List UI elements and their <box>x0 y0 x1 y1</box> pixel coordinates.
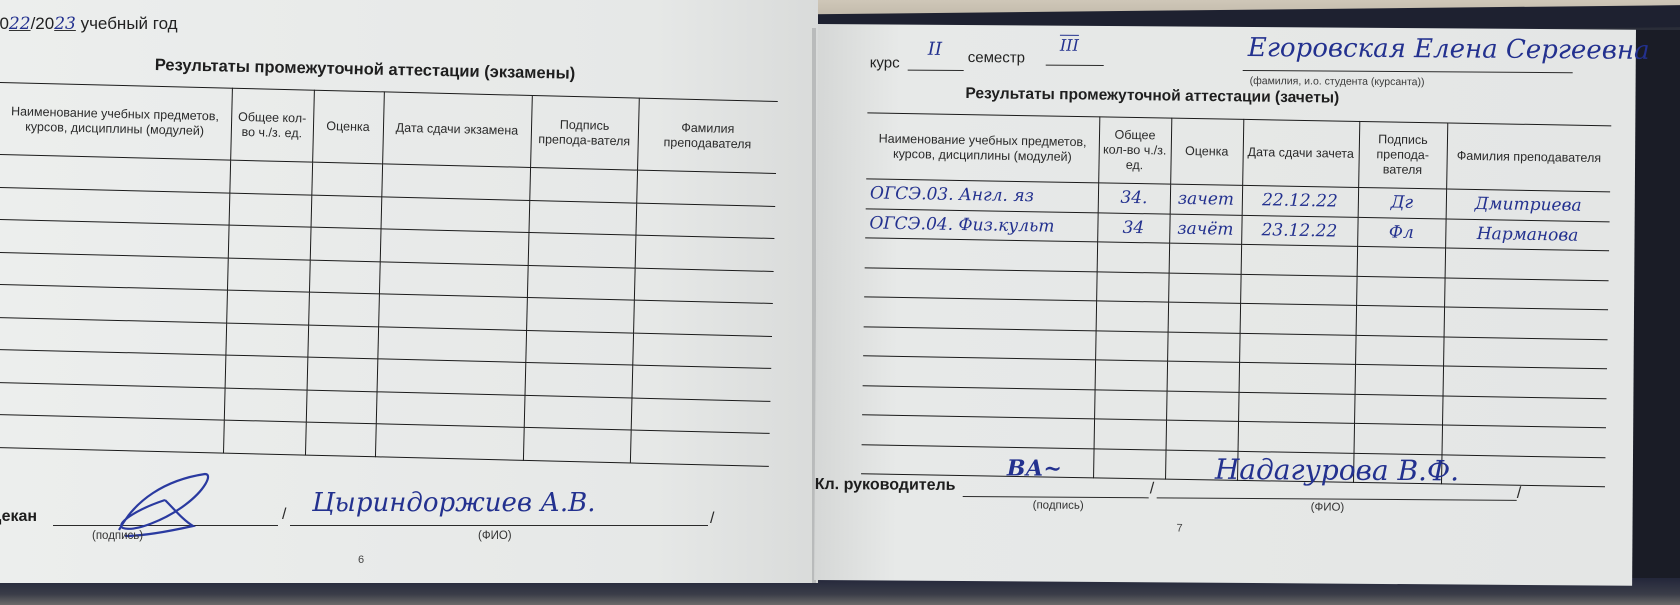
credits-cell[interactable] <box>1167 332 1240 363</box>
credits-cell[interactable] <box>1093 448 1166 479</box>
exams-cell[interactable] <box>224 388 307 422</box>
semester-label: семестр <box>968 49 1025 66</box>
credits-cell[interactable] <box>1239 333 1355 365</box>
credits-cell[interactable]: Дмитриева <box>1446 189 1610 221</box>
exams-cell[interactable] <box>225 355 308 389</box>
credits-cell[interactable] <box>1355 335 1444 366</box>
exams-cell[interactable] <box>306 390 377 424</box>
credits-cell[interactable] <box>1094 419 1167 450</box>
dean-name-handwritten: Цыриндоржиев А.В. <box>312 488 596 518</box>
exams-cell[interactable] <box>630 430 770 466</box>
exams-cell[interactable] <box>307 357 378 391</box>
exams-cell[interactable] <box>527 265 635 300</box>
year-prefix: 20 <box>0 14 9 33</box>
credits-cell[interactable]: 22.12.22 <box>1242 185 1358 217</box>
exams-cell[interactable] <box>226 290 309 324</box>
exams-cell[interactable] <box>0 414 224 452</box>
class-teacher-label: Кл. руководитель <box>815 476 956 495</box>
class-teacher-signature-caption: (подпись) <box>1033 500 1084 512</box>
left-page: 2022/2023 учебный год Результаты промежу… <box>0 0 818 583</box>
credits-cell[interactable] <box>1168 302 1241 333</box>
exams-cell[interactable] <box>0 349 225 387</box>
year-separator: /20 <box>31 14 55 33</box>
exams-cell[interactable] <box>525 330 633 365</box>
exams-cell[interactable] <box>229 160 312 194</box>
credits-cell[interactable] <box>1443 366 1607 398</box>
year-start-handwritten: 22 <box>9 14 31 34</box>
credits-cell[interactable] <box>1095 330 1168 361</box>
exams-cell[interactable] <box>528 200 636 235</box>
exams-cell[interactable] <box>529 167 637 202</box>
credits-cell[interactable] <box>1167 361 1240 392</box>
credits-header-cell: Оценка <box>1170 118 1243 185</box>
credits-header-cell: Общее кол-во ч./з. ед. <box>1098 117 1171 184</box>
exams-cell[interactable] <box>0 382 225 420</box>
credits-cell[interactable] <box>1444 307 1608 339</box>
course-label: курс <box>870 54 900 71</box>
slash-left-right-page: / <box>1150 480 1155 498</box>
exams-cell[interactable] <box>378 294 527 330</box>
credits-cell[interactable] <box>1166 391 1239 422</box>
exams-cell[interactable] <box>305 422 376 456</box>
credits-cell[interactable]: 34. <box>1098 183 1171 214</box>
exams-cell[interactable] <box>634 268 774 304</box>
credits-cell[interactable] <box>1240 274 1356 306</box>
credits-cell[interactable] <box>864 267 1096 301</box>
credits-cell[interactable] <box>1357 246 1446 277</box>
exams-cell[interactable] <box>528 232 636 267</box>
credits-cell[interactable] <box>1238 392 1354 424</box>
exams-cell[interactable] <box>0 252 228 290</box>
credits-cell[interactable] <box>1169 243 1242 274</box>
page-number-right: 7 <box>1176 523 1182 535</box>
exams-cell[interactable] <box>381 196 530 232</box>
exams-title: Результаты промежуточной аттестации (экз… <box>155 56 576 84</box>
class-teacher-signature-scribble: ВА~ <box>1007 455 1062 481</box>
exams-cell[interactable] <box>524 395 632 430</box>
class-teacher-name-handwritten: Надагурова В.Ф. <box>1215 453 1459 488</box>
dean-name-caption: (ФИО) <box>478 530 512 542</box>
exams-cell[interactable] <box>633 300 773 336</box>
credits-cell[interactable] <box>1241 244 1357 276</box>
year-suffix: учебный год <box>81 14 178 33</box>
exams-cell[interactable] <box>631 365 771 401</box>
exams-cell[interactable] <box>309 260 380 294</box>
credits-cell[interactable] <box>1355 364 1444 395</box>
credits-cell[interactable] <box>1443 336 1607 368</box>
credits-cell[interactable]: 34 <box>1097 212 1170 243</box>
exams-cell[interactable] <box>379 261 528 297</box>
credits-cell[interactable] <box>1096 301 1169 332</box>
credits-cell[interactable] <box>1442 425 1606 457</box>
exams-cell[interactable] <box>227 258 310 292</box>
credits-cell[interactable] <box>1097 242 1170 273</box>
exams-cell[interactable] <box>223 420 306 454</box>
credits-cell[interactable] <box>1095 360 1168 391</box>
exams-cell[interactable] <box>377 359 526 395</box>
semester-value-handwritten: III <box>1060 36 1079 55</box>
credits-cell[interactable] <box>1444 277 1608 309</box>
exams-cell[interactable] <box>310 227 381 261</box>
credits-cell[interactable]: зачет <box>1170 184 1243 215</box>
credits-cell[interactable]: 23.12.22 <box>1241 215 1357 247</box>
exams-cell[interactable] <box>526 297 634 332</box>
credits-cell[interactable] <box>863 356 1095 390</box>
credits-header-cell: Подпись препода-вателя <box>1358 121 1447 189</box>
credits-cell[interactable] <box>1094 389 1167 420</box>
credits-cell[interactable] <box>1239 362 1355 394</box>
page-number-left: 6 <box>358 554 364 566</box>
exams-cell[interactable] <box>376 391 525 427</box>
class-teacher-name-caption: (ФИО) <box>1311 501 1345 513</box>
exams-cell[interactable] <box>381 164 530 200</box>
exams-header-cell: Подпись препода-вателя <box>530 95 639 170</box>
academic-year-line: 2022/2023 учебный год <box>0 14 178 34</box>
student-caption: (фамилия, и.о. студента (курсанта)) <box>1250 75 1425 88</box>
credits-cell[interactable] <box>862 385 1094 419</box>
exams-header-cell: Общее кол-во ч./з. ед. <box>230 88 314 162</box>
exams-cell[interactable] <box>377 326 526 362</box>
exams-header-cell: Наименование учебных предметов, курсов, … <box>0 82 232 160</box>
exams-cell[interactable] <box>631 398 771 434</box>
credits-cell[interactable] <box>1166 420 1239 451</box>
credits-cell[interactable] <box>1240 303 1356 335</box>
exams-cell[interactable] <box>307 325 378 359</box>
credits-cell[interactable]: Фл <box>1357 217 1446 248</box>
book-cover-right <box>1632 30 1680 605</box>
credits-cell[interactable] <box>1442 395 1606 427</box>
exams-cell[interactable] <box>380 229 529 265</box>
exams-cell[interactable] <box>311 162 382 196</box>
exams-cell[interactable] <box>225 323 308 357</box>
credits-table: Наименование учебных предметов, курсов, … <box>861 112 1611 487</box>
exams-cell[interactable] <box>311 195 382 229</box>
exams-header-cell: Дата сдачи экзамена <box>382 92 532 168</box>
exams-cell[interactable] <box>308 292 379 326</box>
credits-cell[interactable] <box>1356 305 1445 336</box>
exams-cell[interactable] <box>523 427 631 462</box>
credits-cell[interactable] <box>1354 423 1443 454</box>
slash-right-right-page: / <box>1517 485 1522 503</box>
exams-cell[interactable] <box>635 203 775 239</box>
exams-cell[interactable] <box>636 170 776 206</box>
credits-header-cell: Наименование учебных предметов, курсов, … <box>866 113 1099 183</box>
credits-cell[interactable] <box>864 297 1096 331</box>
credits-cell[interactable] <box>1356 276 1445 307</box>
exams-cell[interactable] <box>525 362 633 397</box>
course-value-handwritten: II <box>928 39 942 60</box>
credits-cell[interactable] <box>865 238 1097 272</box>
credits-cell[interactable]: Дг <box>1358 187 1447 218</box>
credits-cell[interactable] <box>1238 421 1354 453</box>
dean-signature-caption: (подпись) <box>92 530 143 542</box>
credits-cell[interactable] <box>1445 248 1609 280</box>
exams-cell[interactable] <box>0 317 226 355</box>
exams-cell[interactable] <box>635 235 775 271</box>
exams-cell[interactable] <box>229 193 312 227</box>
credits-cell[interactable] <box>863 326 1095 360</box>
exams-cell[interactable] <box>228 225 311 259</box>
credits-title: Результаты промежуточной аттестации (зач… <box>965 85 1339 108</box>
right-page: курс II семестр III Егоровская Елена Сер… <box>814 24 1636 586</box>
credits-cell[interactable]: ОГСЭ.04. Физ.культ <box>865 208 1097 242</box>
student-name-line <box>1243 57 1573 73</box>
credits-cell[interactable]: ОГСЭ.03. Англ. яз <box>866 179 1098 213</box>
exams-cell[interactable] <box>0 284 227 322</box>
class-teacher-signature-line[interactable] <box>963 479 1149 498</box>
year-end-handwritten: 23 <box>54 14 76 34</box>
credits-cell[interactable] <box>1168 273 1241 304</box>
dean-label: Декан <box>0 508 37 526</box>
exams-cell[interactable] <box>632 333 772 369</box>
exams-table: Наименование учебных предметов, курсов, … <box>0 82 778 466</box>
credits-cell[interactable] <box>862 415 1094 449</box>
credits-cell[interactable]: Нарманова <box>1445 218 1609 250</box>
credits-header-cell: Фамилия преподавателя <box>1446 123 1611 192</box>
credits-cell[interactable]: зачёт <box>1169 214 1242 245</box>
slash-right: / <box>710 510 714 528</box>
credits-cell[interactable] <box>1354 394 1443 425</box>
exams-header-cell: Оценка <box>312 90 384 164</box>
exams-header-cell: Фамилия преподавателя <box>637 98 778 173</box>
credits-cell[interactable] <box>1096 271 1169 302</box>
credits-header-cell: Дата сдачи зачета <box>1242 119 1359 187</box>
slash-left: / <box>282 506 286 524</box>
exams-cell[interactable] <box>375 424 524 460</box>
